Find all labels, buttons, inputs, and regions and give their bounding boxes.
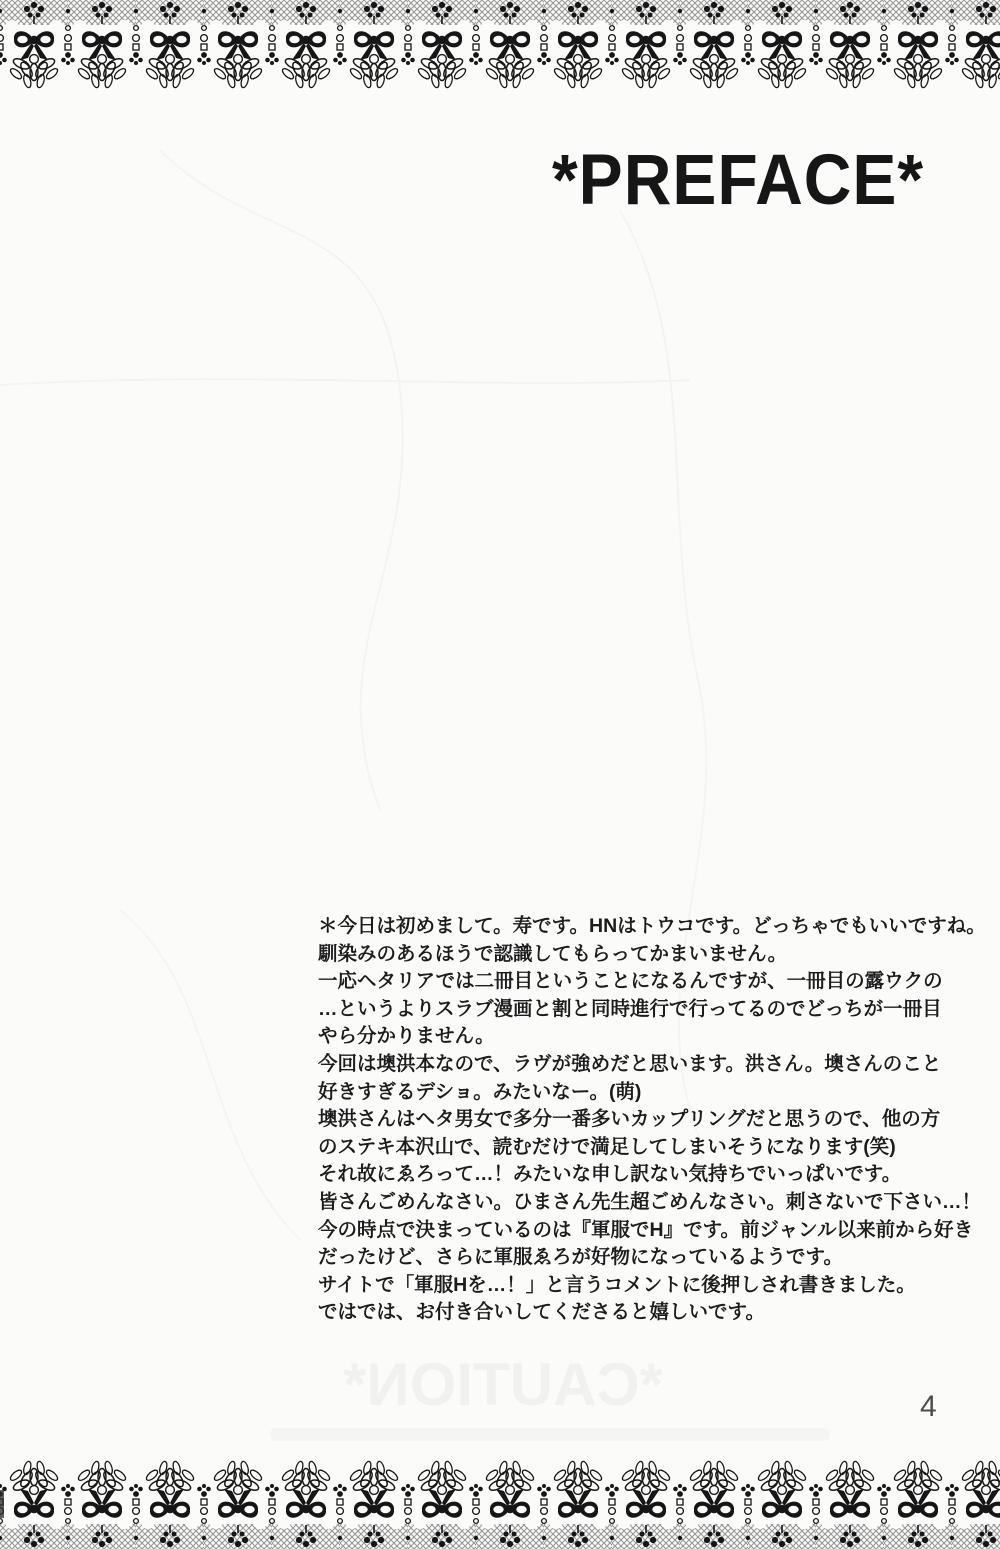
page-number: 4 [920, 1390, 937, 1424]
bleedthrough-caution-text: *CAUTION* [318, 1350, 688, 1419]
preface-text: ＊今日は初めまして。寿です。HNはトウコです。どっちゃでもいいですね。 馴染みの… [318, 913, 983, 1327]
bleedthrough-caution-subline [270, 1428, 830, 1441]
scanned-doujinshi-page: *PREFACE* ＊今日は初めまして。寿です。HNはトウコです。どっちゃでもい… [0, 0, 1000, 1549]
page-title: *PREFACE* [552, 138, 924, 220]
lace-border-top [0, 0, 1000, 90]
scan-edge-artifact [0, 1490, 4, 1518]
lace-border-bottom [0, 1459, 1000, 1549]
